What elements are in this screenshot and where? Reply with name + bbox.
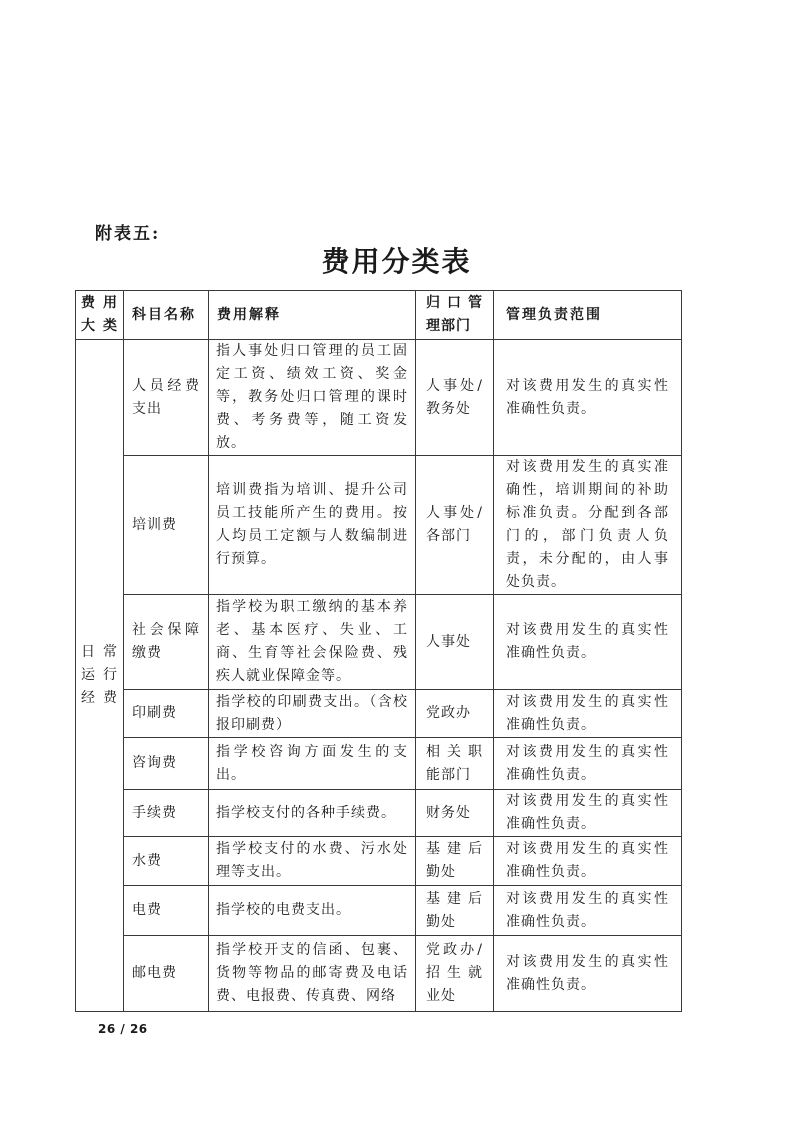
department-cell: 人事处 — [416, 595, 494, 690]
scope-cell: 对该费用发生的真实性准确性负责。 — [494, 340, 682, 456]
explanation-cell: 指学校的电费支出。 — [209, 886, 416, 936]
scope-cell: 对该费用发生的真实准确性，培训期间的补助标准负责。分配到各部门的，部门负责人负责… — [494, 456, 682, 595]
table-row: 邮电费 指学校开支的信函、包裹、货物等物品的邮寄费及电话费、电报费、传真费、网络… — [76, 936, 682, 1012]
table-row: 咨询费 指学校咨询方面发生的支出。 相关职能部门 对该费用发生的真实性准确性负责… — [76, 738, 682, 790]
subject-cell: 水费 — [124, 837, 209, 886]
department-cell: 基建后勤处 — [416, 886, 494, 936]
scope-cell: 对该费用发生的真实性准确性负责。 — [494, 886, 682, 936]
explanation-cell: 培训费指为培训、提升公司员工技能所产生的费用。按人均员工定额与人数编制进行预算。 — [209, 456, 416, 595]
subject-cell: 培训费 — [124, 456, 209, 595]
department-cell: 基建后勤处 — [416, 837, 494, 886]
explanation-cell: 指学校开支的信函、包裹、货物等物品的邮寄费及电话费、电报费、传真费、网络 — [209, 936, 416, 1012]
department-cell: 党政办 — [416, 690, 494, 738]
subject-cell: 人员经费支出 — [124, 340, 209, 456]
table-row: 手续费 指学校支付的各种手续费。 财务处 对该费用发生的真实性准确性负责。 — [76, 790, 682, 837]
header-subject: 科目名称 — [124, 291, 209, 340]
table-row: 印刷费 指学校的印刷费支出。（含校报印刷费） 党政办 对该费用发生的真实性准确性… — [76, 690, 682, 738]
table-header-row: 费用大类 科目名称 费用解释 归口管理部门 管理负责范围 — [76, 291, 682, 340]
explanation-cell: 指学校的印刷费支出。（含校报印刷费） — [209, 690, 416, 738]
department-cell: 人事处/教务处 — [416, 340, 494, 456]
header-scope: 管理负责范围 — [494, 291, 682, 340]
explanation-cell: 指学校为职工缴纳的基本养老、基本医疗、失业、工商、生育等社会保险费、残疾人就业保… — [209, 595, 416, 690]
scope-cell: 对该费用发生的真实性准确性负责。 — [494, 595, 682, 690]
department-cell: 相关职能部门 — [416, 738, 494, 790]
explanation-cell: 指学校支付的各种手续费。 — [209, 790, 416, 837]
table-row: 社会保障缴费 指学校为职工缴纳的基本养老、基本医疗、失业、工商、生育等社会保险费… — [76, 595, 682, 690]
fee-classification-table: 费用大类 科目名称 费用解释 归口管理部门 管理负责范围 日常运行经费 人员经费… — [75, 290, 682, 1012]
scope-cell: 对该费用发生的真实性准确性负责。 — [494, 790, 682, 837]
scope-cell: 对该费用发生的真实性准确性负责。 — [494, 837, 682, 886]
scope-cell: 对该费用发生的真实性准确性负责。 — [494, 936, 682, 1012]
table-row: 水费 指学校支付的水费、污水处理等支出。 基建后勤处 对该费用发生的真实性准确性… — [76, 837, 682, 886]
page-number: 26 / 26 — [98, 1022, 148, 1036]
header-category: 费用大类 — [76, 291, 124, 340]
department-cell: 财务处 — [416, 790, 494, 837]
category-cell: 日常运行经费 — [76, 340, 124, 1012]
subject-cell: 邮电费 — [124, 936, 209, 1012]
scope-cell: 对该费用发生的真实性准确性负责。 — [494, 738, 682, 790]
subject-cell: 社会保障缴费 — [124, 595, 209, 690]
scope-cell: 对该费用发生的真实性准确性负责。 — [494, 690, 682, 738]
header-explanation: 费用解释 — [209, 291, 416, 340]
subject-cell: 印刷费 — [124, 690, 209, 738]
table-row: 培训费 培训费指为培训、提升公司员工技能所产生的费用。按人均员工定额与人数编制进… — [76, 456, 682, 595]
subject-cell: 咨询费 — [124, 738, 209, 790]
subject-cell: 电费 — [124, 886, 209, 936]
department-cell: 人事处/各部门 — [416, 456, 494, 595]
header-department: 归口管理部门 — [416, 291, 494, 340]
table-row: 日常运行经费 人员经费支出 指人事处归口管理的员工固定工资、绩效工资、奖金等，教… — [76, 340, 682, 456]
explanation-cell: 指人事处归口管理的员工固定工资、绩效工资、奖金等，教务处归口管理的课时费、考务费… — [209, 340, 416, 456]
table-row: 电费 指学校的电费支出。 基建后勤处 对该费用发生的真实性准确性负责。 — [76, 886, 682, 936]
page-title: 费用分类表 — [0, 240, 793, 280]
subject-cell: 手续费 — [124, 790, 209, 837]
explanation-cell: 指学校支付的水费、污水处理等支出。 — [209, 837, 416, 886]
department-cell: 党政办/招生就业处 — [416, 936, 494, 1012]
explanation-cell: 指学校咨询方面发生的支出。 — [209, 738, 416, 790]
